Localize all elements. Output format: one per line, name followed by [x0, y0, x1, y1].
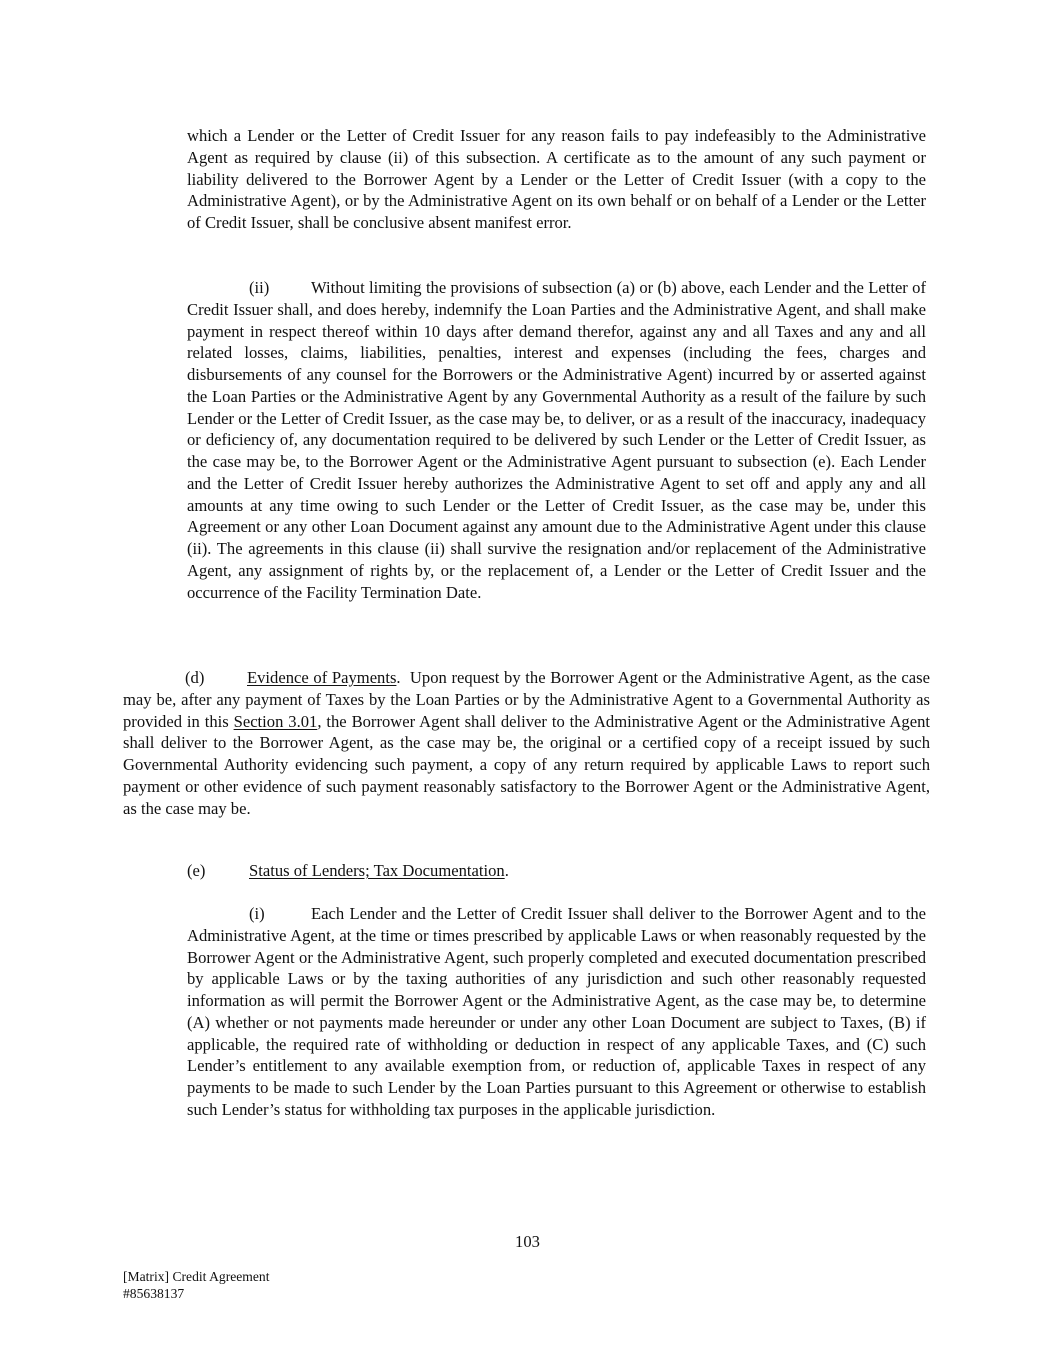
section-e-heading: Status of Lenders; Tax Documentation: [249, 861, 505, 880]
footer-title: [Matrix] Credit Agreement: [123, 1268, 269, 1285]
clause-i-paragraph: (i)Each Lender and the Letter of Credit …: [187, 903, 926, 1121]
section-e-label: (e): [187, 860, 249, 882]
page-number: 103: [0, 1231, 1055, 1252]
clause-i-text: Each Lender and the Letter of Credit Iss…: [187, 904, 926, 1119]
clause-ii-label: (ii): [249, 277, 311, 299]
footer: [Matrix] Credit Agreement #85638137: [123, 1268, 269, 1302]
section-d-heading: Evidence of Payments: [247, 668, 396, 687]
clause-ii-text: Without limiting the provisions of subse…: [187, 278, 926, 602]
footer-doc-id: #85638137: [123, 1285, 269, 1302]
clause-i-label: (i): [249, 903, 311, 925]
document-page: which a Lender or the Letter of Credit I…: [0, 0, 1055, 1365]
clause-ii-paragraph: (ii)Without limiting the provisions of s…: [187, 277, 926, 603]
continuation-paragraph: which a Lender or the Letter of Credit I…: [187, 125, 926, 234]
section-e-heading-suffix: .: [505, 861, 509, 880]
section-d-paragraph: (d)Evidence of Payments. Upon request by…: [123, 667, 930, 819]
section-e-heading-line: (e)Status of Lenders; Tax Documentation.: [187, 860, 926, 882]
section-d-label: (d): [185, 667, 247, 689]
section-3-01-reference: Section 3.01: [234, 712, 318, 731]
